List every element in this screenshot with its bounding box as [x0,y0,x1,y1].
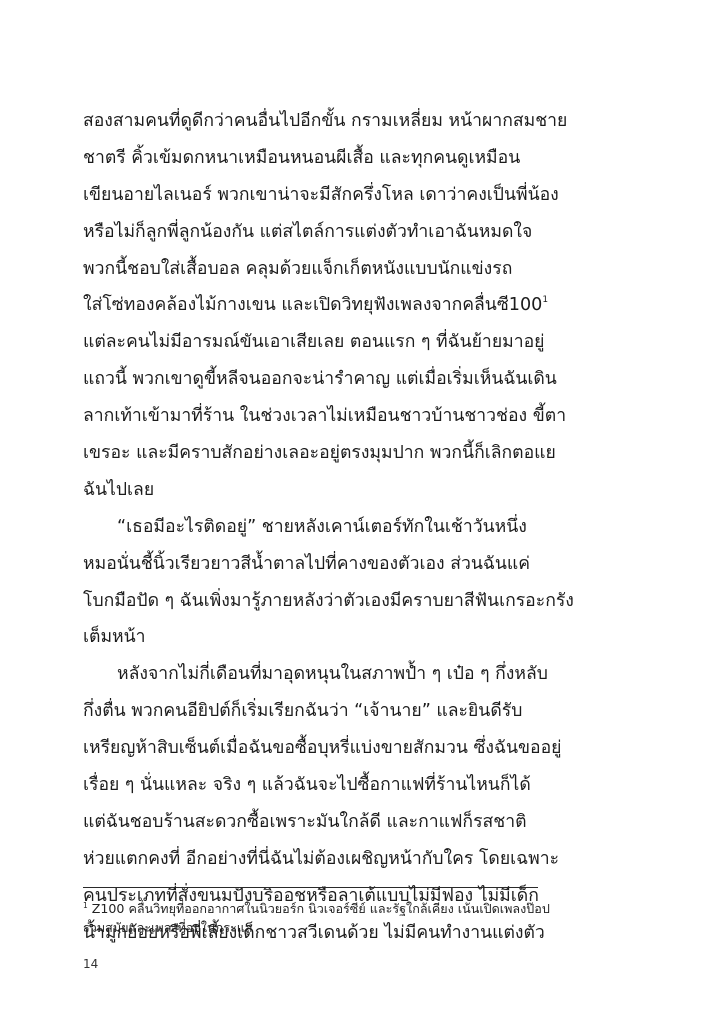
text-line: ชาตรี คิ้วเข้มดกหนาเหมือนหนอนผีเสื้อ และ… [83,140,575,177]
footnote-line: 1Z100 คลื่นวิทยุที่ออกอากาศในนิวยอร์ก นิ… [83,899,583,918]
text-line: หมอนั่นชี้นิ้วเรียวยาวสีน้ำตาลไปที่คางขอ… [83,546,575,583]
footnote-line: ร่วมสมัยและเพลงที่อยู่ในกระแส [83,918,583,937]
footnote-mark: 1 [83,901,88,910]
text-line: โบกมือปัด ๆ ฉันเพิ่งมารู้ภายหลังว่าตัวเอ… [83,583,575,620]
paragraph-1: สองสามคนที่ดูดีกว่าคนอื่นไปอีกขั้น กรามเ… [83,103,575,509]
text-line: สองสามคนที่ดูดีกว่าคนอื่นไปอีกขั้น กรามเ… [83,103,575,140]
text-line: เขรอะ และมีคราบสักอย่างเลอะอยู่ตรงมุมปาก… [83,435,575,472]
text-line: ลากเท้าเข้ามาที่ร้าน ในช่วงเวลาไม่เหมือน… [83,398,575,435]
text-line: หรือไม่ก็ลูกพี่ลูกน้องกัน แต่สไตล์การแต่… [83,214,575,251]
text-line: กึ่งตื่น พวกคนอียิปต์ก็เริ่มเรียกฉันว่า … [83,693,575,730]
text-line-content: ใส่โซ่ทองคล้องไม้กางเขน และเปิดวิทยุฟังเ… [83,295,542,315]
text-line: แต่ฉันชอบร้านสะดวกซื้อเพราะมันใกล้ดี และ… [83,804,575,841]
text-line: เต็มหน้า [83,619,575,656]
text-line: พวกนี้ชอบใส่เสื้อบอล คลุมด้วยแจ็กเก็ตหนั… [83,251,575,288]
text-line: “เธอมีอะไรติดอยู่” ชายหลังเคาน์เตอร์ทักใ… [83,509,575,546]
text-line: ห่วยแตกคงที่ อีกอย่างที่นี่ฉันไม่ต้องเผช… [83,841,575,878]
footnote: 1Z100 คลื่นวิทยุที่ออกอากาศในนิวยอร์ก นิ… [83,899,583,937]
text-line: เหรียญห้าสิบเซ็นต์เมื่อฉันขอซื้อบุหรี่แบ… [83,730,575,767]
text-line: แต่ละคนไม่มีอารมณ์ขันเอาเสียเลย ตอนแรก ๆ… [83,324,575,361]
text-line: ฉันไปเลย [83,472,575,509]
page-number: 14 [83,957,98,971]
text-line-with-footnote: ใส่โซ่ทองคล้องไม้กางเขน และเปิดวิทยุฟังเ… [83,287,575,324]
footnote-text: Z100 คลื่นวิทยุที่ออกอากาศในนิวยอร์ก นิว… [92,901,550,916]
paragraph-2: “เธอมีอะไรติดอยู่” ชายหลังเคาน์เตอร์ทักใ… [83,509,575,657]
body-text: สองสามคนที่ดูดีกว่าคนอื่นไปอีกขั้น กรามเ… [83,103,575,951]
footnote-divider [83,887,538,888]
text-line: เรื่อย ๆ นั่นแหละ จริง ๆ แล้วฉันจะไปซื้อ… [83,767,575,804]
text-line: หลังจากไม่กี่เดือนที่มาอุดหนุนในสภาพป้ำ … [83,656,575,693]
book-page: สองสามคนที่ดูดีกว่าคนอื่นไปอีกขั้น กรามเ… [0,0,711,1024]
footnote-reference[interactable]: 1 [542,295,548,305]
text-line: เขียนอายไลเนอร์ พวกเขาน่าจะมีสักครึ่งโหล… [83,177,575,214]
text-line: แถวนี้ พวกเขาดูขี้หลีจนออกจะน่ารำคาญ แต่… [83,361,575,398]
